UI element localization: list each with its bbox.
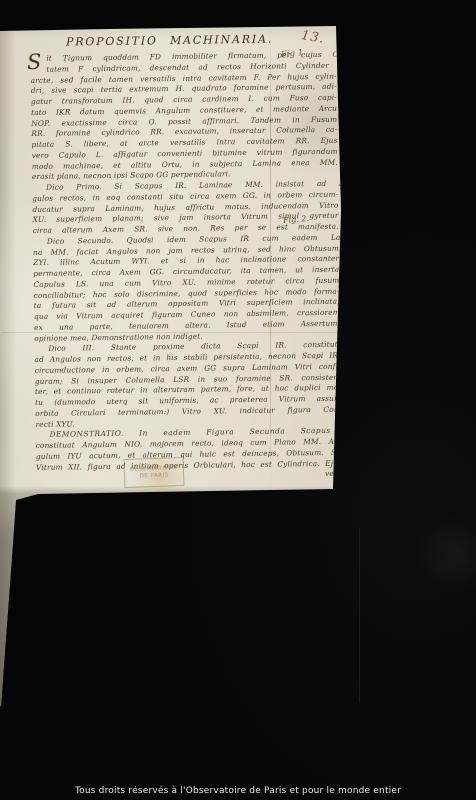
archive-stamp: OBSERVATOIRE DE PARIS — [124, 457, 185, 488]
manuscript-page: 13. Fig 1. Fig. 2. S PROPOSITIO MACHINAR… — [0, 0, 346, 712]
manuscript-title: PROPOSITIO MACHINARIA. — [66, 32, 336, 50]
copyright-banner: Tous droits réservés à l'Observatoire de… — [0, 785, 476, 798]
paper-speck — [122, 497, 125, 499]
archive-photo: { "page": { "folio_number": "13.", "fig1… — [0, 0, 476, 800]
manuscript-text-block: PROPOSITIO MACHINARIA. it Tignum quoddam… — [30, 32, 342, 484]
paper-speck — [263, 493, 267, 495]
underlying-page-edge — [359, 528, 360, 703]
archive-stamp-line2: DE PARIS — [139, 472, 168, 480]
